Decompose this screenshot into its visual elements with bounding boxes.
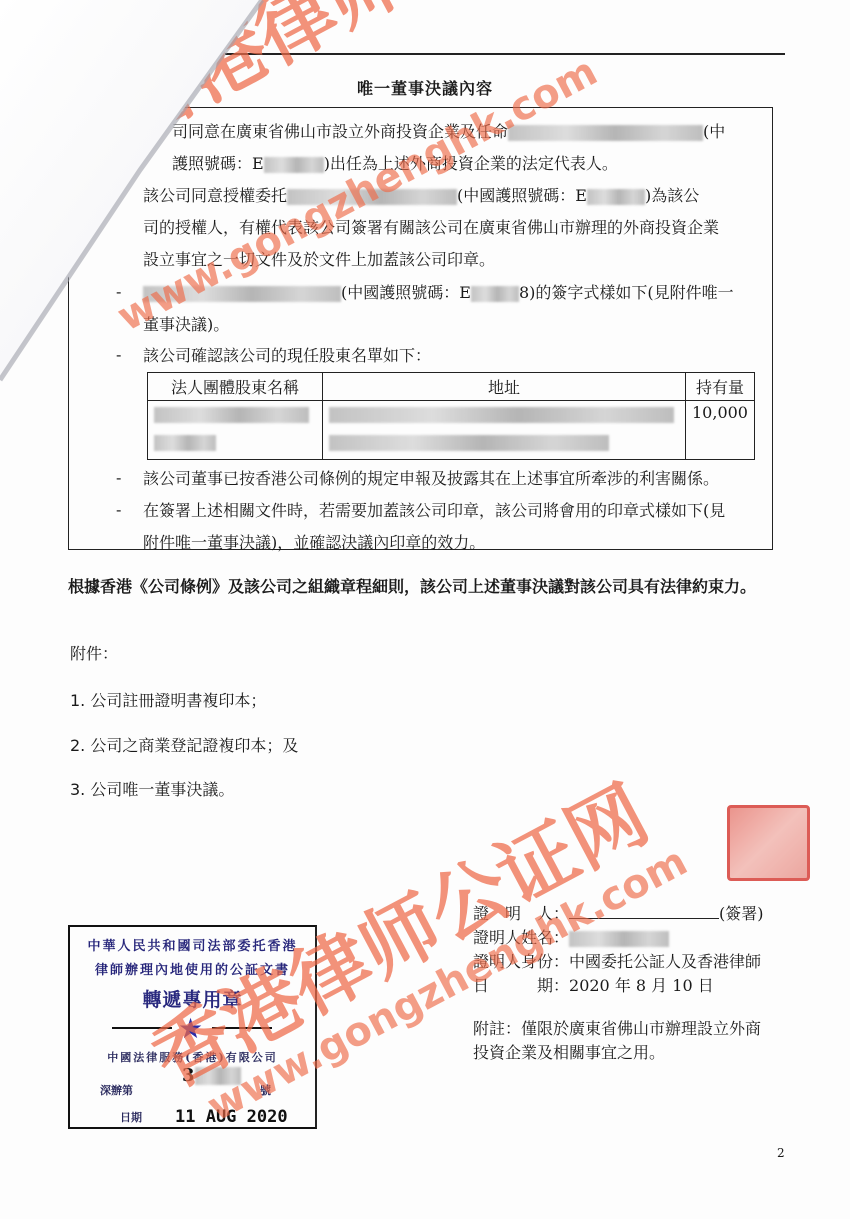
text: (中 bbox=[703, 122, 725, 141]
value: 中國委托公証人及香港律師 bbox=[569, 952, 761, 971]
certifier-row: 證 明 人：(簽署) bbox=[473, 903, 764, 925]
transfer-stamp: 中華人民共和國司法部委托香港 律師辦理內地使用的公証文書 轉遞專用章 ★ 中國法… bbox=[68, 925, 317, 1129]
resolution-line-4: 司的授權人，有權代表該公司簽署有關該公司在廣東省佛山市辦理的外商投資企業 bbox=[143, 215, 719, 238]
bullet-marker: - bbox=[116, 282, 121, 301]
redacted-number bbox=[195, 1067, 241, 1085]
stamp-date-label: 日期 bbox=[120, 1109, 142, 1125]
redacted-address bbox=[329, 407, 674, 423]
redacted-passport bbox=[264, 157, 324, 173]
note-line-1: 附註：僅限於廣東省佛山市辦理設立外商 bbox=[473, 1018, 761, 1040]
stamp-title: 轉遞專用章 bbox=[70, 985, 315, 1012]
binding-statement: 根據香港《公司條例》及該公司之組織章程細則，該公司上述董事決議對該公司具有法律約… bbox=[68, 576, 788, 598]
stamp-date: 11 AUG 2020 bbox=[175, 1107, 288, 1127]
bullet-signature-cont: 董事決議)。 bbox=[143, 312, 229, 335]
signature-line bbox=[569, 904, 719, 919]
cell-holding: 10,000 bbox=[686, 401, 755, 460]
redacted-name bbox=[154, 407, 309, 423]
text: 司同意在廣東省佛山市設立外商投資企業及任命 bbox=[172, 122, 508, 141]
redacted-passport bbox=[587, 189, 645, 205]
text: )出任為上述外商投資企業的法定代表人。 bbox=[324, 154, 618, 173]
page-number: 2 bbox=[777, 1146, 785, 1160]
bullet-signature: (中國護照號碼：E8)的簽字式樣如下(見附件唯一 bbox=[143, 280, 734, 303]
cell-name bbox=[148, 401, 323, 460]
label: 證明人姓名： bbox=[473, 928, 569, 947]
bullet-marker: - bbox=[116, 500, 121, 519]
bullet-marker: - bbox=[116, 468, 121, 487]
redacted-name bbox=[569, 931, 669, 947]
resolution-line-2: 護照號碼：E)出任為上述外商投資企業的法定代表人。 bbox=[172, 151, 618, 174]
text: )為該公 bbox=[645, 186, 699, 205]
stamp-number: 3 bbox=[182, 1065, 241, 1086]
certifier-date-row: 日 期：2020 年 8 月 10 日 bbox=[473, 975, 714, 997]
attachment-item: 2. 公司之商業登記證複印本；及 bbox=[70, 733, 298, 756]
redacted-name bbox=[287, 189, 457, 205]
stamp-number-prefix: 深辦第 bbox=[100, 1082, 133, 1098]
document-title: 唯一董事決議內容 bbox=[0, 76, 850, 99]
redacted-name bbox=[154, 435, 216, 451]
bullet-interests: 該公司董事已按香港公司條例的規定申報及披露其在上述事宜所牽涉的利害關係。 bbox=[143, 466, 719, 489]
top-rule bbox=[225, 53, 785, 55]
stamp-line-1: 中華人民共和國司法部委托香港 bbox=[70, 935, 315, 954]
bullet-seal: 在簽署上述相關文件時，若需要加蓋該公司印章，該公司將會用的印章式樣如下(見 bbox=[143, 498, 725, 521]
label: 證明人身份： bbox=[473, 952, 569, 971]
text: 護照號碼：E bbox=[172, 154, 264, 173]
divider bbox=[212, 1027, 272, 1029]
resolution-line-5: 設立事宜之一切文件及於文件上加蓋該公司印章。 bbox=[143, 247, 495, 270]
text: 8)的簽字式樣如下(見附件唯一 bbox=[519, 283, 734, 302]
bullet-seal-cont: 附件唯一董事決議)，並確認決議內印章的效力。 bbox=[143, 530, 485, 553]
attachments-heading: 附件： bbox=[70, 641, 118, 664]
shareholder-table: 法人團體股東名稱 地址 持有量 10,000 bbox=[147, 372, 755, 460]
redacted-name bbox=[143, 286, 341, 302]
stamp-line-2: 律師辦理內地使用的公証文書 bbox=[70, 959, 315, 978]
certifier-name-row: 證明人姓名： bbox=[473, 927, 669, 949]
label: 日 期： bbox=[473, 976, 569, 995]
text: (中國護照號碼：E bbox=[341, 283, 471, 302]
value: 2020 年 8 月 10 日 bbox=[569, 976, 714, 995]
header-address: 地址 bbox=[323, 373, 686, 401]
text: (中國護照號碼：E bbox=[457, 186, 587, 205]
stamp-number-suffix: 號 bbox=[260, 1082, 271, 1098]
label: 證 明 人： bbox=[473, 904, 569, 923]
cell-address bbox=[323, 401, 686, 460]
attachment-item: 1. 公司註冊證明書複印本； bbox=[70, 688, 266, 711]
bullet-shareholders: 該公司確認該公司的現任股東名單如下： bbox=[143, 343, 431, 366]
document-page: 唯一董事決議內容 司同意在廣東省佛山市設立外商投資企業及任命(中 護照號碼：E)… bbox=[0, 0, 850, 1219]
value: 3 bbox=[182, 1065, 195, 1086]
redacted-name bbox=[508, 125, 703, 141]
redacted-passport bbox=[471, 286, 519, 302]
certifier-identity-row: 證明人身份：中國委托公証人及香港律師 bbox=[473, 951, 761, 973]
resolution-line-1: 司同意在廣東省佛山市設立外商投資企業及任命(中 bbox=[172, 119, 725, 142]
attachment-item: 3. 公司唯一董事決議。 bbox=[70, 777, 234, 800]
header-name: 法人團體股東名稱 bbox=[148, 373, 323, 401]
stamp-company: 中國法律服務(香港)有限公司 bbox=[70, 1049, 315, 1065]
table-row: 10,000 bbox=[148, 401, 755, 460]
divider bbox=[112, 1027, 172, 1029]
text: (簽署) bbox=[719, 904, 764, 923]
company-seal bbox=[727, 805, 810, 881]
note-line-2: 投資企業及相關事宜之用。 bbox=[473, 1042, 665, 1064]
header-holding: 持有量 bbox=[686, 373, 755, 401]
redacted-address bbox=[329, 435, 609, 451]
text: 該公司同意授權委托 bbox=[143, 186, 287, 205]
resolution-line-3: 該公司同意授權委托(中國護照號碼：E)為該公 bbox=[143, 183, 699, 206]
star-icon: ★ bbox=[178, 1012, 203, 1045]
bullet-marker: - bbox=[116, 345, 121, 364]
